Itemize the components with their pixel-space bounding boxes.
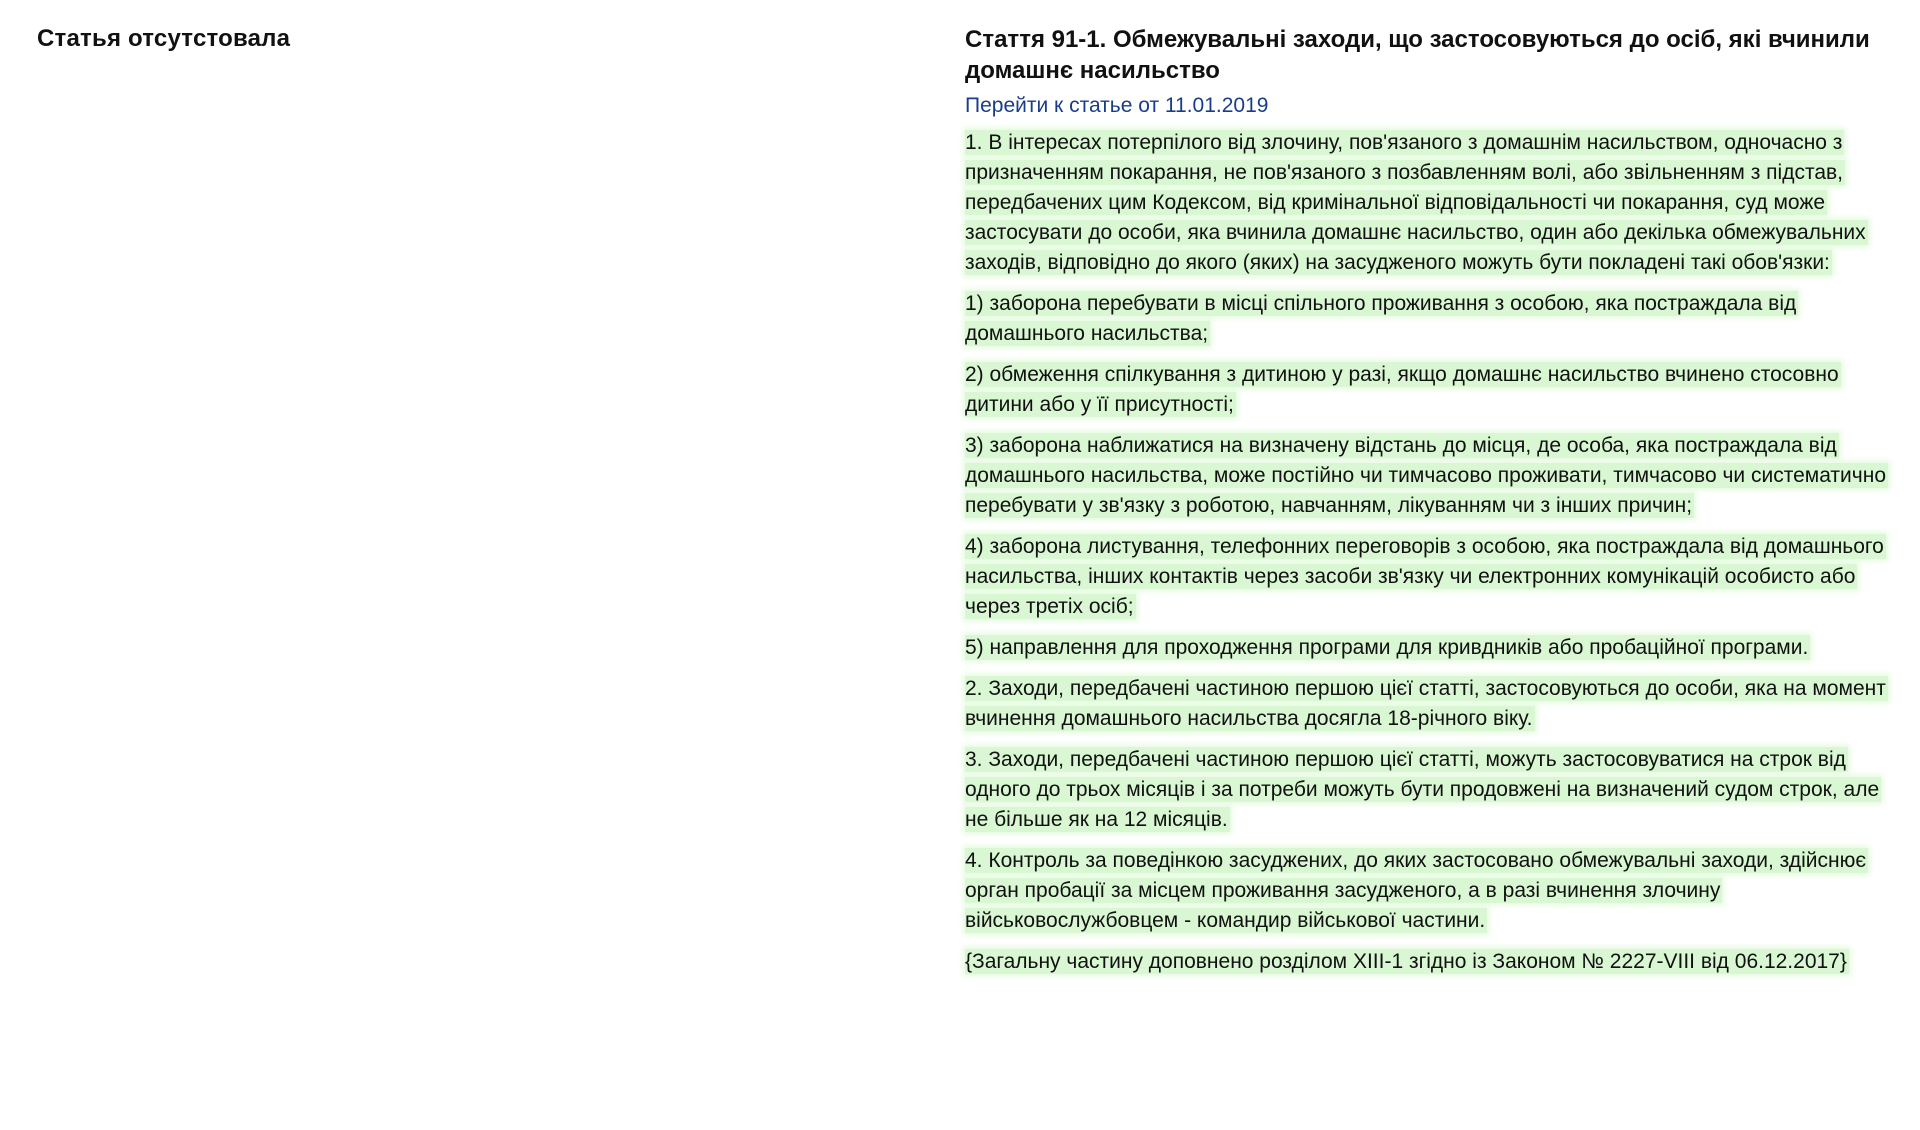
- paragraph-part-2: 2. Заходи, передбачені частиною першою ц…: [965, 674, 1900, 734]
- paragraph-item-3: 3) заборона наближатися на визначену від…: [965, 431, 1900, 521]
- article-body: 1. В інтересах потерпілого від злочину, …: [965, 128, 1900, 977]
- article-title: Стаття 91-1. Обмежувальні заходи, що зас…: [965, 24, 1900, 86]
- goto-article-version-link[interactable]: Перейти к статье от 11.01.2019: [965, 92, 1268, 120]
- right-column-current-version: Стаття 91-1. Обмежувальні заходи, що зас…: [965, 24, 1900, 988]
- paragraph-item-2: 2) обмеження спілкування з дитиною у раз…: [965, 360, 1900, 420]
- article-absent-heading: Статья отсутстовала: [37, 24, 917, 54]
- paragraph-part-4: 4. Контроль за поведінкою засуджених, до…: [965, 846, 1900, 936]
- paragraph-item-1: 1) заборона перебувати в місці спільного…: [965, 289, 1900, 349]
- paragraph-part-3: 3. Заходи, передбачені частиною першою ц…: [965, 745, 1900, 835]
- paragraph-part-1: 1. В інтересах потерпілого від злочину, …: [965, 128, 1900, 278]
- paragraph-item-4: 4) заборона листування, телефонних перег…: [965, 532, 1900, 622]
- left-column-previous-version: Статья отсутстовала: [37, 24, 917, 54]
- amendment-note: {Загальну частину доповнено розділом XII…: [965, 947, 1900, 977]
- paragraph-item-5: 5) направлення для проходження програми …: [965, 633, 1900, 663]
